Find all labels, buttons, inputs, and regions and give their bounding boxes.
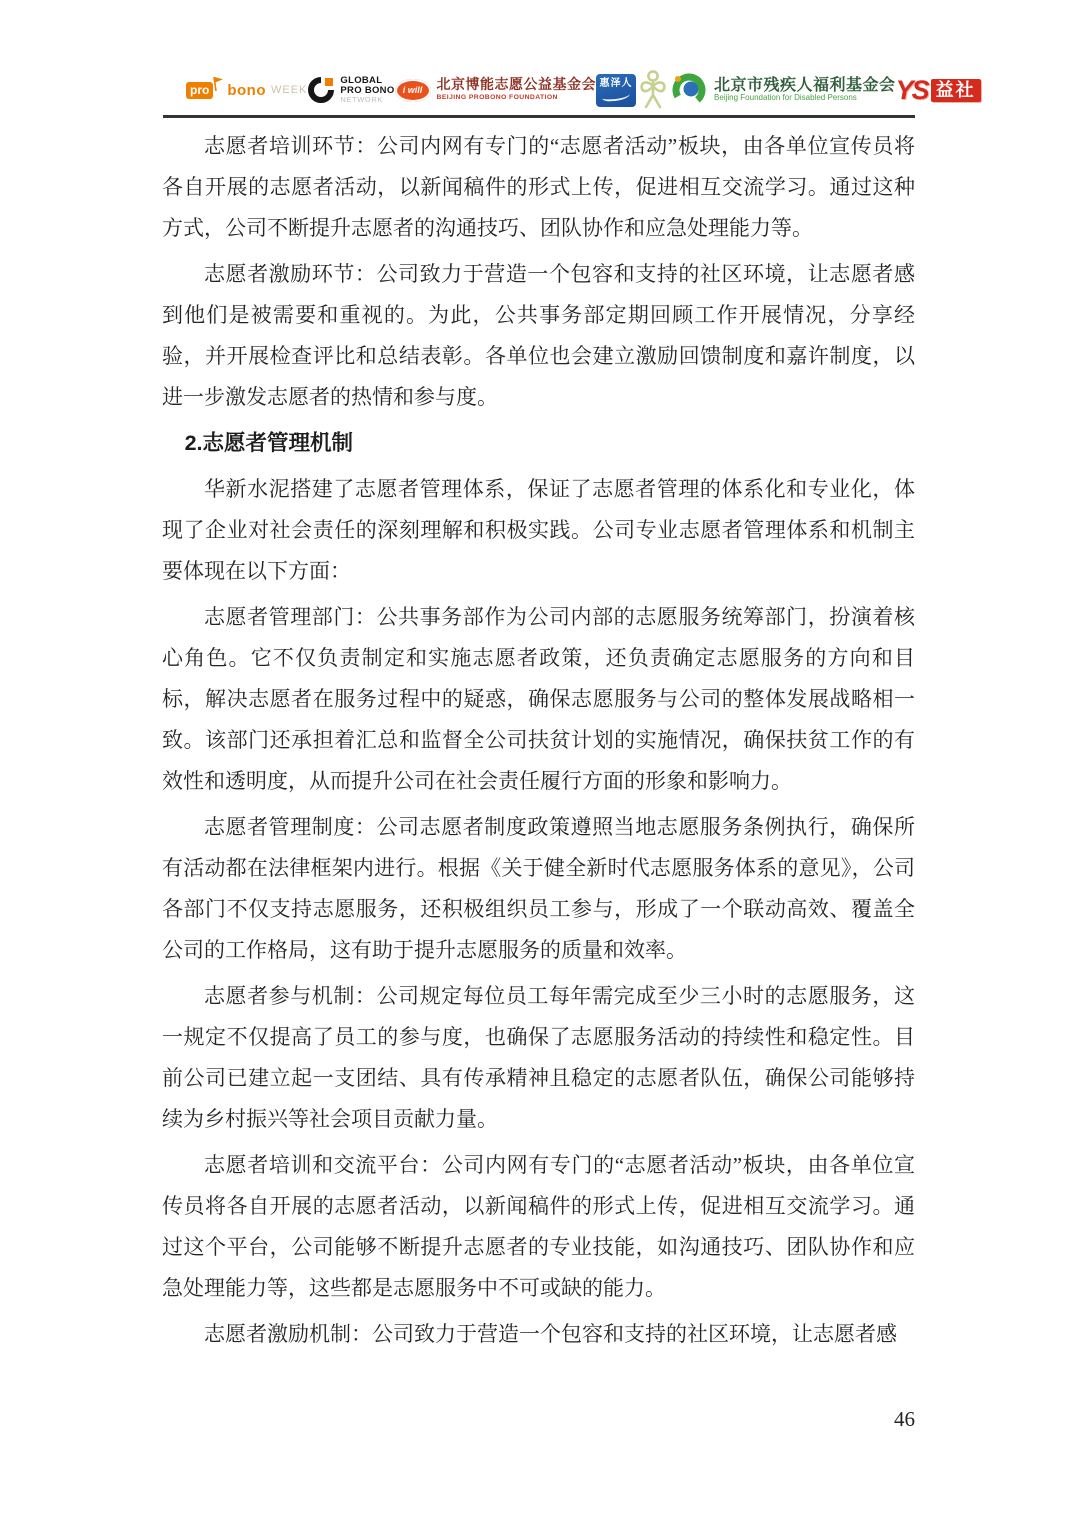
yishe-ys-mark: YS [896,77,928,104]
probono-foundation-cn: 北京博能志愿公益基金会 [437,78,597,94]
person-outline-icon [636,69,670,111]
paragraph-huaxin-system: 华新水泥搭建了志愿者管理体系，保证了志愿者管理的体系化和专业化，体现了企业对社会… [162,469,915,592]
bfdp-cn: 北京市残疾人福利基金会 [714,77,896,95]
header-divider [163,115,915,118]
page-number: 46 [894,1407,915,1432]
flag-icon [212,75,224,91]
paragraph-management-rules: 志愿者管理制度：公司志愿者制度政策遵照当地志愿服务条例执行，确保所有活动都在法律… [162,807,915,971]
gpb-line3: NETWORK [340,96,394,104]
paragraph-training-platform: 志愿者培训和交流平台：公司内网有专门的“志愿者活动”板块，由各单位宣传员将各自开… [162,1145,915,1309]
probono-foundation-en: BEIJING PROBONO FOUNDATION [437,94,597,102]
yishe-logo: YS 益社 [896,77,981,104]
document-page: pro bono WEEK GLOBAL PRO BONO NETWORK i … [0,0,1080,1527]
document-body: 志愿者培训环节：公司内网有专门的“志愿者活动”板块，由各单位宣传员将各自开展的志… [162,126,915,1360]
huizeren-logo: 惠泽人 [596,74,636,107]
huizeren-text: 惠泽人 [600,79,633,89]
pro-bono-week-week: WEEK [271,84,307,96]
beijing-foundation-disabled-persons-logo: 北京市残疾人福利基金会 Beijing Foundation for Disab… [670,71,896,109]
open-ring-icon [307,76,335,104]
global-pro-bono-network-logo: GLOBAL PRO BONO NETWORK [307,76,394,104]
huizeren-swoosh [602,90,631,102]
pro-bono-week-bono: bono [227,82,266,99]
paragraph-volunteer-training: 志愿者培训环节：公司内网有专门的“志愿者活动”板块，由各单位宣传员将各自开展的志… [162,126,915,249]
pro-bono-week-pro-badge: pro [186,82,213,99]
iwill-badge-icon: i will [395,79,431,102]
bfdp-en: Beijing Foundation for Disabled Persons [714,94,896,103]
paragraph-volunteer-incentive: 志愿者激励环节：公司致力于营造一个包容和支持的社区环境，让志愿者感到他们是被需要… [162,254,915,418]
paragraph-participation-mechanism: 志愿者参与机制：公司规定每位员工每年需完成至少三小时的志愿服务，这一规定不仅提高… [162,976,915,1140]
beijing-probono-foundation-logo: i will 北京博能志愿公益基金会 BEIJING PROBONO FOUND… [395,78,597,102]
paragraph-incentive-mechanism: 志愿者激励机制：公司致力于营造一个包容和支持的社区环境，让志愿者感 [162,1314,915,1355]
pro-bono-week-logo: pro bono WEEK [186,82,307,99]
sprout-person-logo [636,69,670,111]
paragraph-management-department: 志愿者管理部门：公共事务部作为公司内部的志愿服务统筹部门，扮演着核心角色。它不仅… [162,597,915,802]
section-heading-management-mechanism: 2.志愿者管理机制 [162,423,915,464]
header-logo-strip: pro bono WEEK GLOBAL PRO BONO NETWORK i … [186,64,886,116]
green-swirl-icon [670,71,708,109]
yishe-cn-block: 益社 [931,79,981,102]
